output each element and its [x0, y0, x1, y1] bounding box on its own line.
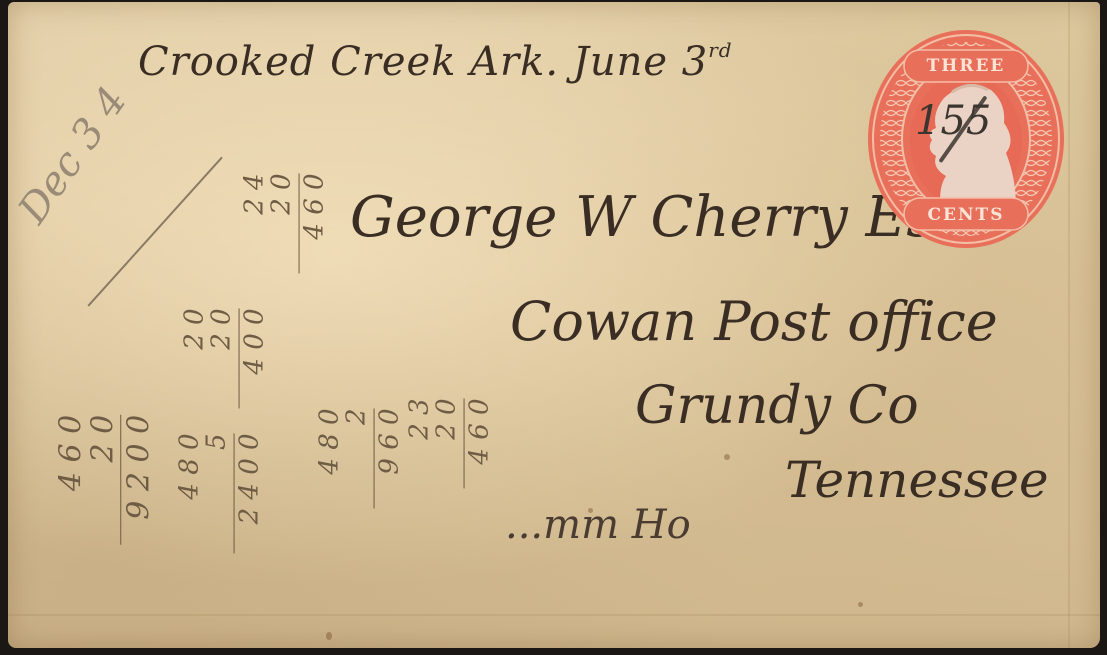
stamp-top-label: THREE	[904, 56, 1028, 76]
bottom-scrawl: ...mm Ho	[505, 505, 691, 545]
calc-line: 4 6 0	[466, 398, 493, 488]
stain-spot	[858, 602, 863, 607]
calc-line: 2 0	[182, 308, 209, 408]
return-date: June 3	[573, 39, 708, 85]
bottom-fold	[8, 614, 1100, 616]
pencil-calculation: 2 3 2 0 4 6 0	[407, 398, 494, 488]
return-date-suffix: rd	[708, 38, 732, 62]
pencil-calculation: 2 0 2 0 4 0 0	[182, 308, 269, 408]
stain-spot	[326, 632, 332, 640]
calc-line: 4 6 0	[301, 173, 328, 273]
calc-line: 4 8 0	[317, 408, 344, 508]
stain-spot	[724, 454, 730, 460]
calc-line: 4 6 0	[55, 415, 87, 545]
calc-line: 2	[344, 408, 371, 508]
pencil-calculation: 4 8 0 5 2 4 0 0	[177, 433, 264, 553]
addressee-state: Tennessee	[785, 455, 1049, 505]
return-place: Crooked Creek Ark.	[138, 39, 559, 85]
pencil-calculation: 4 8 0 2 9 6 0	[317, 408, 404, 508]
calc-line: 2 0	[87, 415, 119, 545]
pencil-calculation: 2 4 2 0 4 6 0	[242, 173, 329, 273]
calc-line: 9 6 0	[376, 408, 403, 508]
calc-line: 2 4 0 0	[236, 433, 263, 553]
pencil-calculation: 4 6 0 2 0 9 2 0 0	[55, 415, 155, 545]
calc-line: 9 2 0 0	[123, 415, 155, 545]
calc-line: 2 3	[407, 398, 434, 488]
calc-line: 2 0	[434, 398, 461, 488]
calc-line: 4 8 0	[177, 433, 204, 553]
stamp-bottom-label: CENTS	[904, 205, 1028, 225]
calc-line: 5	[204, 433, 231, 553]
right-fold	[1068, 2, 1070, 648]
calc-line: 2 0	[269, 173, 296, 273]
calc-line: 4 0 0	[241, 308, 268, 408]
calc-line: 2 4	[242, 173, 269, 273]
addressee-post-office: Cowan Post office	[510, 295, 998, 349]
return-line: Crooked Creek Ark. June 3rd	[138, 40, 733, 82]
addressee-county: Grundy Co	[635, 380, 919, 432]
scan-background: Crooked Creek Ark. June 3rd George W Che…	[0, 0, 1107, 655]
calc-line: 2 0	[209, 308, 236, 408]
